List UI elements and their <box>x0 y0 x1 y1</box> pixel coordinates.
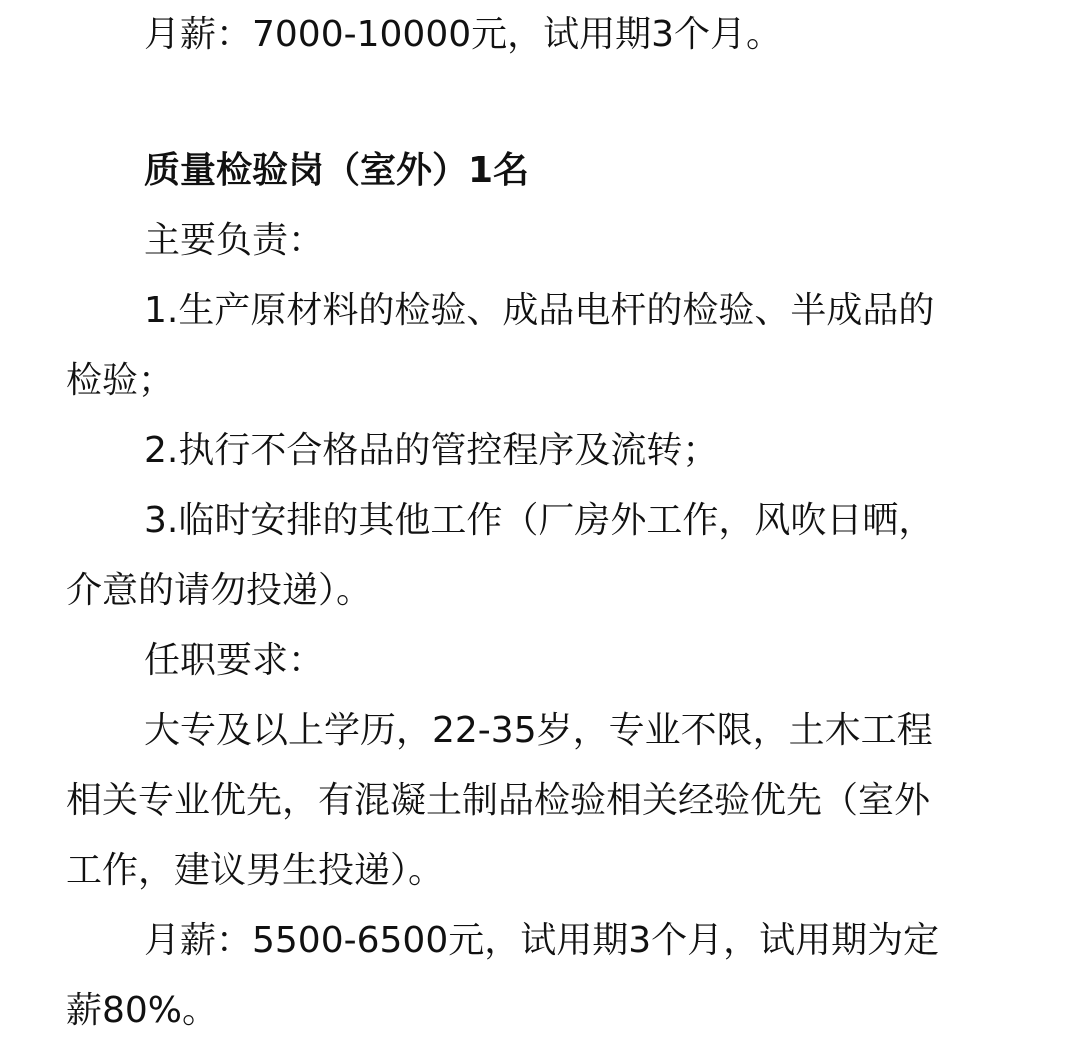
salary-line2: 薪80%。 <box>66 976 1016 1046</box>
duty-item-1-continuation: 检验； <box>66 346 1016 416</box>
duty-item-1-line1: 1.生产原材料的检验、成品电杆的检验、半成品的 <box>66 276 1016 346</box>
duty-item-3-line1: 3.临时安排的其他工作（厂房外工作，风吹日晒， <box>66 486 1016 556</box>
salary-continuation: 薪80%。 <box>66 976 1016 1046</box>
requirements-line1: 大专及以上学历，22-35岁，专业不限，土木工程 <box>66 696 1016 766</box>
duty-item-2: 2.执行不合格品的管控程序及流转； <box>66 416 1016 486</box>
duties-heading-text: 主要负责： <box>66 206 1016 276</box>
duty-item-2-line1: 2.执行不合格品的管控程序及流转； <box>66 416 1016 486</box>
position-title: 质量检验岗（室外）1名 <box>66 136 1016 206</box>
previous-position-salary: 月薪：7000-10000元，试用期3个月。 <box>66 0 1016 70</box>
requirements-text: 大专及以上学历，22-35岁，专业不限，土木工程 <box>66 696 1016 766</box>
requirements-continuation: 相关专业优先，有混凝土制品检验相关经验优先（室外 工作，建议男生投递）。 <box>66 766 1016 906</box>
salary-line1: 月薪：5500-6500元，试用期3个月，试用期为定 <box>66 906 1016 976</box>
requirements-line3: 工作，建议男生投递）。 <box>66 836 1016 906</box>
position-section: 质量检验岗（室外）1名 主要负责： 1.生产原材料的检验、成品电杆的检验、半成品… <box>66 136 1016 1046</box>
duty-item-3-continuation: 介意的请勿投递）。 <box>66 556 1016 626</box>
position-title-text: 质量检验岗（室外）1名 <box>66 136 1016 206</box>
duty-item-1: 1.生产原材料的检验、成品电杆的检验、半成品的 <box>66 276 1016 346</box>
duty-item-1-line2: 检验； <box>66 346 1016 416</box>
requirements-heading-text: 任职要求： <box>66 626 1016 696</box>
duty-item-3-line2: 介意的请勿投递）。 <box>66 556 1016 626</box>
duty-item-3: 3.临时安排的其他工作（厂房外工作，风吹日晒， <box>66 486 1016 556</box>
salary-text: 月薪：7000-10000元，试用期3个月。 <box>66 0 1016 70</box>
duties-heading: 主要负责： <box>66 206 1016 276</box>
salary-text-block: 月薪：5500-6500元，试用期3个月，试用期为定 <box>66 906 1016 976</box>
requirements-heading: 任职要求： <box>66 626 1016 696</box>
requirements-line2: 相关专业优先，有混凝土制品检验相关经验优先（室外 <box>66 766 1016 836</box>
